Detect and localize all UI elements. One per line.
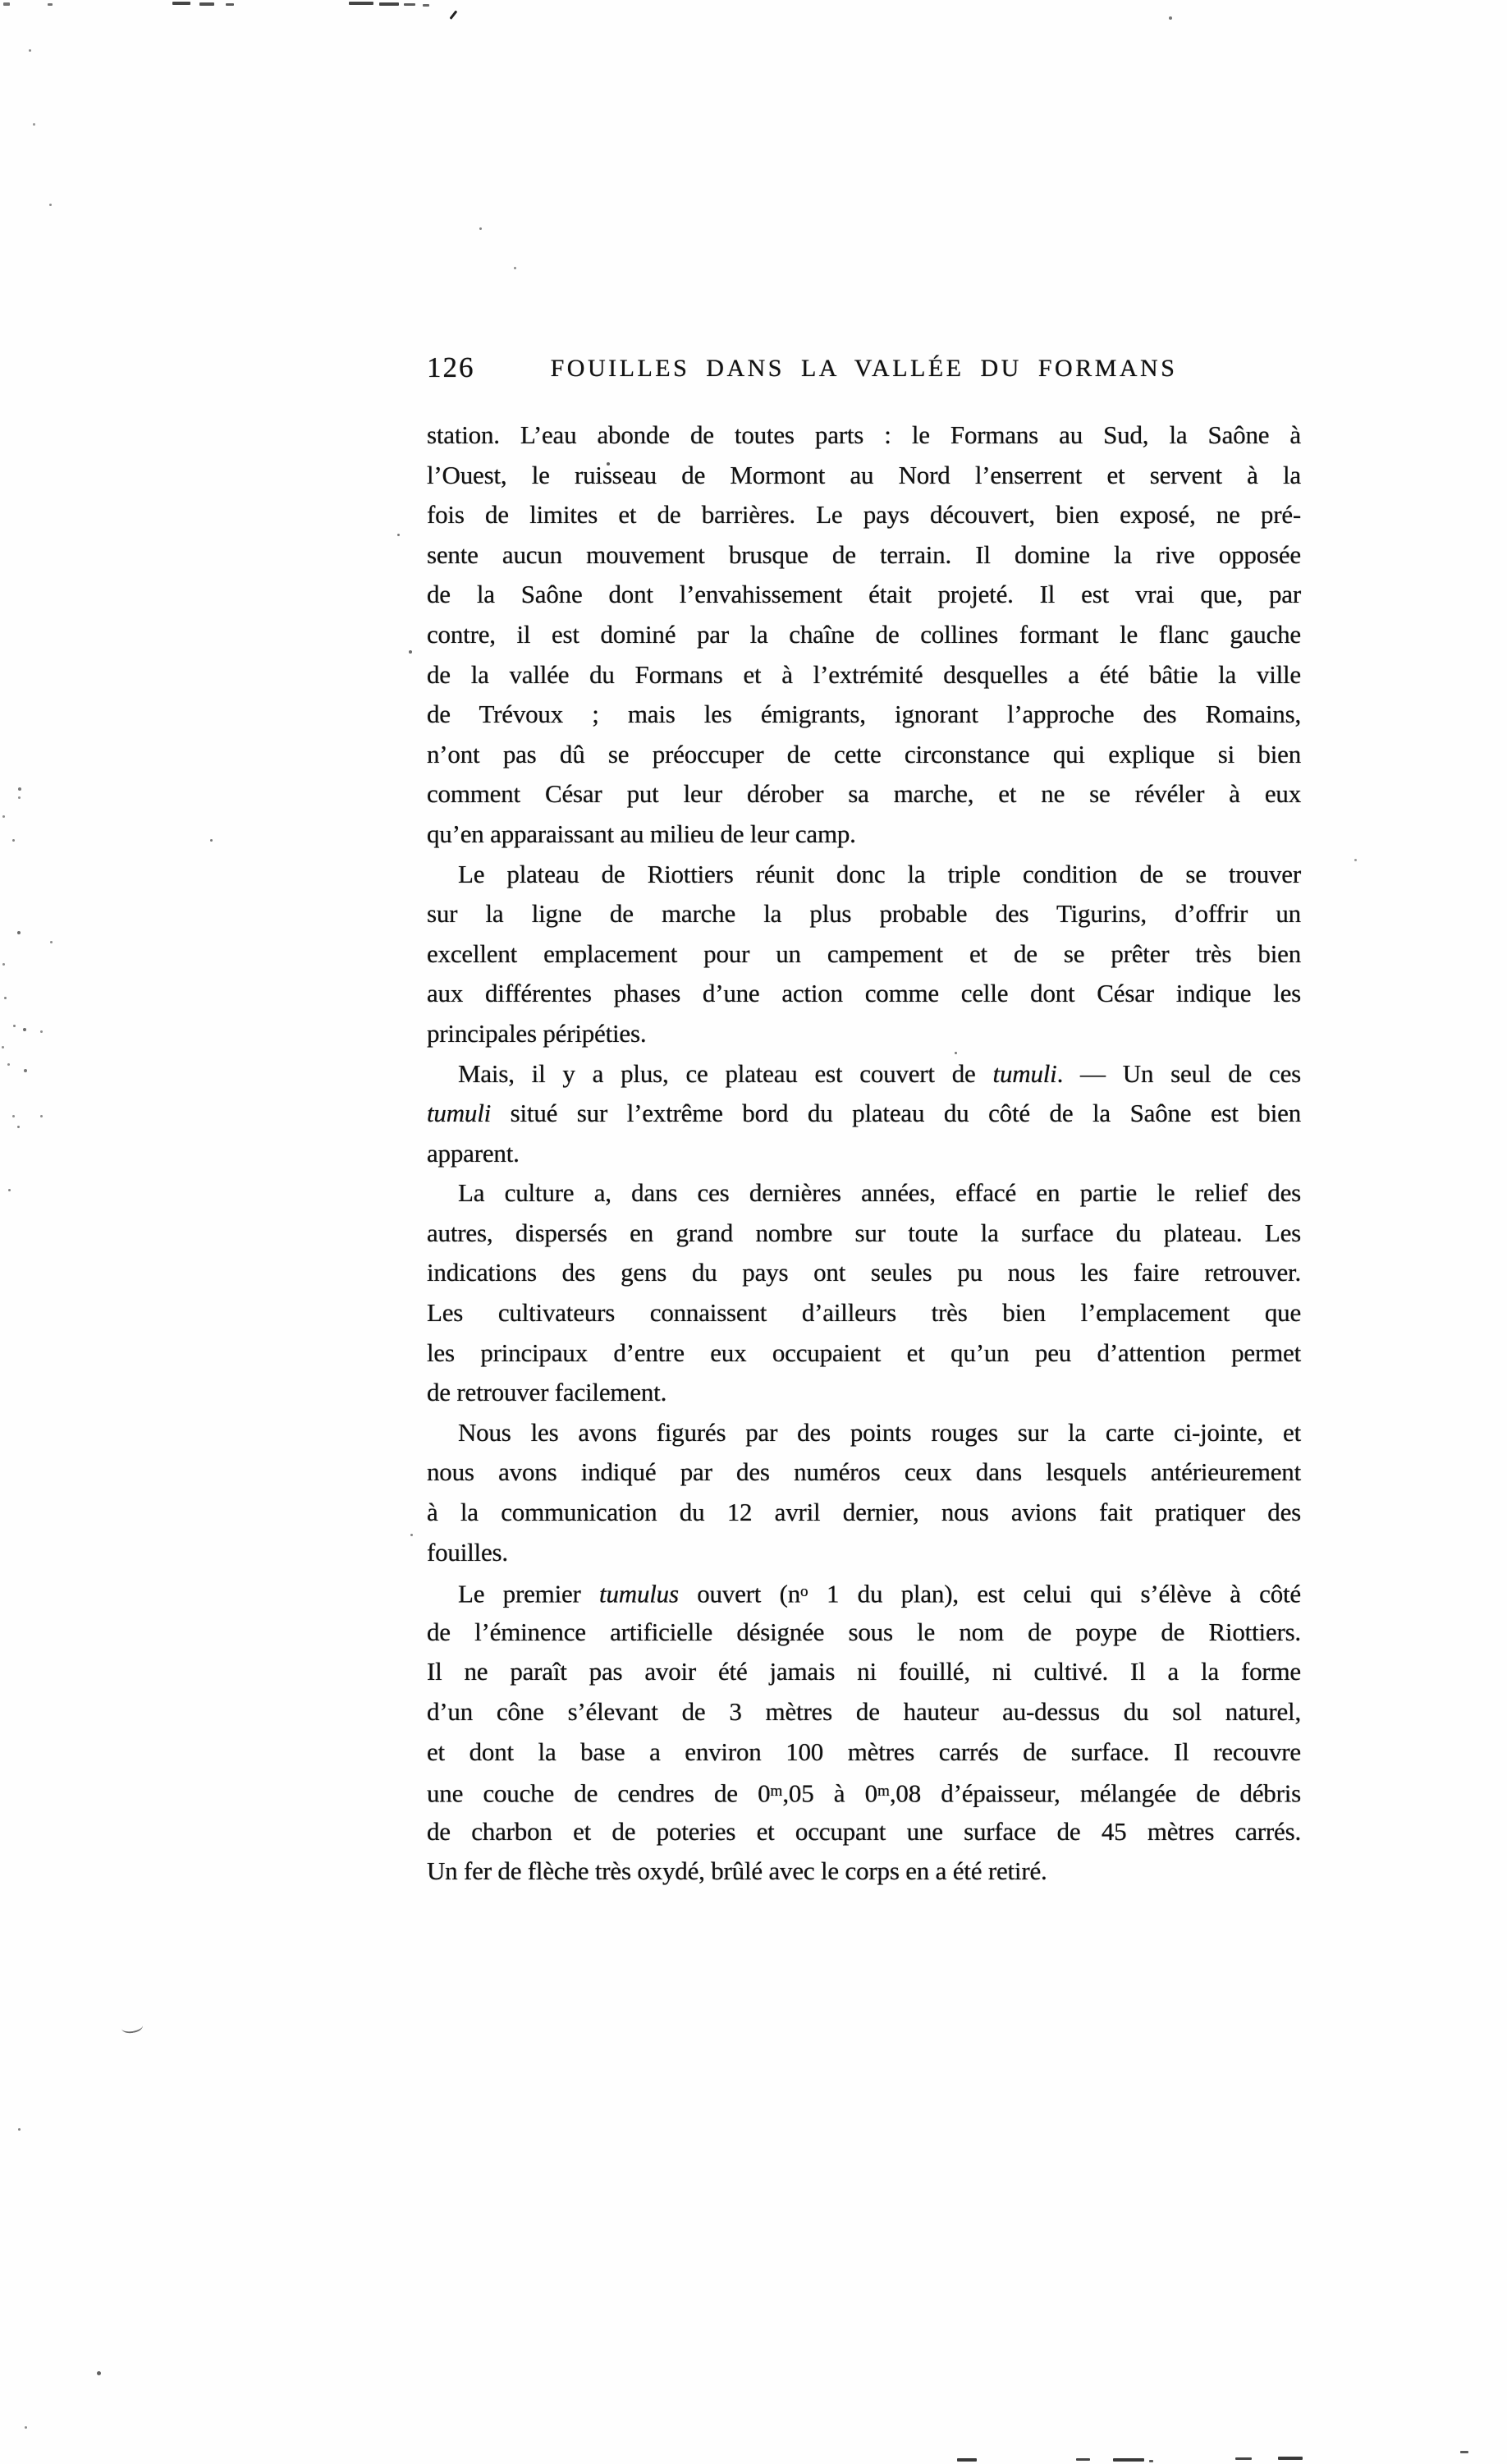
- scan-dash-mark: [349, 2, 373, 5]
- scan-tick-mark: [450, 11, 457, 20]
- paragraph: Nous les avons figurés par des points ro…: [427, 1413, 1301, 1572]
- text-line: apparent.: [427, 1134, 1301, 1174]
- text-line: Le premier tumulus ouvert (no 1 du plan)…: [427, 1572, 1301, 1613]
- scan-speck: [12, 839, 15, 842]
- paragraph: station. L’eau abonde de toutes parts : …: [427, 415, 1301, 855]
- text-line: sur la ligne de marche la plus probable …: [427, 894, 1301, 934]
- scan-speck: [4, 997, 7, 999]
- scan-speck: [7, 1063, 10, 1066]
- text-line: de Trévoux ; mais les émigrants, ignoran…: [427, 695, 1301, 735]
- scan-speck: [23, 1028, 26, 1031]
- text-line: nous avons indiqué par des numéros ceux …: [427, 1452, 1301, 1493]
- text-line: les principaux d’entre eux occupaient et…: [427, 1333, 1301, 1374]
- scan-speck: [8, 1189, 11, 1191]
- scan-dash-mark: [1460, 2451, 1468, 2453]
- scan-speck: [2, 815, 5, 818]
- scan-speck: [2, 1046, 4, 1048]
- scan-dash-mark: [1235, 2457, 1252, 2460]
- scan-dash-mark: [199, 2, 214, 6]
- running-title: FOUILLES DANS LA VALLÉE DU FORMANS: [427, 356, 1301, 382]
- text-line: comment César put leur dérober sa marche…: [427, 774, 1301, 814]
- scanned-page: 126 FOUILLES DANS LA VALLÉE DU FORMANS s…: [0, 0, 1507, 2464]
- scan-speck: [409, 650, 412, 654]
- scan-speck: [50, 941, 53, 943]
- scan-speck: [40, 1115, 43, 1117]
- text-line: une couche de cendres de 0m,05 à 0m,08 d…: [427, 1772, 1301, 1812]
- text-line: tumuli situé sur l’extrême bord du plate…: [427, 1094, 1301, 1134]
- scan-speck: [24, 1069, 27, 1072]
- text-line: Il ne paraît pas avoir été jamais ni fou…: [427, 1652, 1301, 1692]
- paragraph: Mais, il y a plus, ce plateau est couver…: [427, 1054, 1301, 1174]
- text-line: autres, dispersés en grand nombre sur to…: [427, 1214, 1301, 1254]
- text-line: fois de limites et de barrières. Le pays…: [427, 495, 1301, 535]
- scan-speck: [49, 204, 52, 206]
- text-line: station. L’eau abonde de toutes parts : …: [427, 415, 1301, 456]
- scan-speck: [17, 931, 21, 934]
- scan-speck: [2, 963, 5, 966]
- scan-speck: [97, 2371, 101, 2375]
- scan-speck: [479, 227, 482, 230]
- text-line: de retrouver facilement.: [427, 1373, 1301, 1413]
- scan-speck: [1354, 859, 1357, 861]
- scan-speck: [1169, 16, 1172, 20]
- scan-speck: [18, 2128, 21, 2131]
- scan-dash-mark: [1149, 2460, 1153, 2462]
- text-line: et dont la base a environ 100 mètres car…: [427, 1732, 1301, 1773]
- scan-dash-mark: [404, 3, 415, 6]
- text-line: fouilles.: [427, 1533, 1301, 1573]
- scan-dash-mark: [3, 2, 10, 6]
- text-line: excellent emplacement pour un campement …: [427, 934, 1301, 975]
- paragraph: La culture a, dans ces dernières années,…: [427, 1173, 1301, 1413]
- text-line: l’Ouest, le ruisseau de Mormont au Nord …: [427, 456, 1301, 496]
- scan-speck: [33, 123, 35, 126]
- text-line: indications des gens du pays ont seules …: [427, 1253, 1301, 1293]
- scan-speck: [397, 534, 400, 536]
- scan-speck: [955, 1052, 957, 1054]
- page-header: 126 FOUILLES DANS LA VALLÉE DU FORMANS: [427, 353, 1301, 388]
- scan-dash-mark: [957, 2458, 977, 2462]
- scan-speck: [410, 1534, 413, 1536]
- scan-dash-mark: [1278, 2457, 1303, 2460]
- pencil-squiggle-mark: [121, 2020, 144, 2035]
- text-line: principales péripéties.: [427, 1014, 1301, 1054]
- scan-dash-mark: [423, 4, 429, 7]
- text-line: Les cultivateurs connaissent d’ailleurs …: [427, 1293, 1301, 1333]
- text-line: de l’éminence artificielle désignée sous…: [427, 1613, 1301, 1653]
- scan-speck: [40, 1030, 43, 1033]
- scan-speck: [210, 839, 213, 842]
- text-line: Nous les avons figurés par des points ro…: [427, 1413, 1301, 1453]
- scan-speck: [25, 2426, 27, 2429]
- scan-dash-mark: [48, 3, 53, 6]
- paragraph: Le plateau de Riottiers réunit donc la t…: [427, 855, 1301, 1054]
- text-line: aux différentes phases d’une action comm…: [427, 974, 1301, 1014]
- text-line: Un fer de flèche très oxydé, brûlé avec …: [427, 1851, 1301, 1892]
- scan-dash-mark: [226, 3, 234, 6]
- text-line: Le plateau de Riottiers réunit donc la t…: [427, 855, 1301, 895]
- scan-speck: [607, 462, 610, 466]
- body-text: station. L’eau abonde de toutes parts : …: [427, 415, 1301, 1892]
- text-line: de la vallée du Formans et à l’extrémité…: [427, 655, 1301, 695]
- text-line: à la communication du 12 avril dernier, …: [427, 1493, 1301, 1533]
- text-line: de la Saône dont l’envahissement était p…: [427, 575, 1301, 615]
- scan-speck: [18, 787, 21, 791]
- scan-dash-mark: [172, 2, 190, 5]
- scan-speck: [17, 1126, 20, 1128]
- scan-speck: [13, 1025, 16, 1027]
- scan-dash-mark: [1113, 2458, 1144, 2462]
- scan-speck: [514, 267, 516, 269]
- text-line: sente aucun mouvement brusque de terrain…: [427, 535, 1301, 576]
- scan-dash-mark: [1076, 2458, 1090, 2461]
- scan-speck: [18, 796, 21, 799]
- text-line: n’ont pas dû se préoccuper de cette circ…: [427, 735, 1301, 775]
- text-line: contre, il est dominé par la chaîne de c…: [427, 615, 1301, 655]
- scan-speck: [29, 49, 31, 52]
- text-line: d’un cône s’élevant de 3 mètres de haute…: [427, 1692, 1301, 1732]
- text-line: La culture a, dans ces dernières années,…: [427, 1173, 1301, 1214]
- text-line: qu’en apparaissant au milieu de leur cam…: [427, 814, 1301, 855]
- paragraph: Le premier tumulus ouvert (no 1 du plan)…: [427, 1572, 1301, 1892]
- text-line: de charbon et de poteries et occupant un…: [427, 1812, 1301, 1852]
- text-line: Mais, il y a plus, ce plateau est couver…: [427, 1054, 1301, 1094]
- scan-speck: [12, 1115, 15, 1117]
- scan-dash-mark: [379, 2, 399, 6]
